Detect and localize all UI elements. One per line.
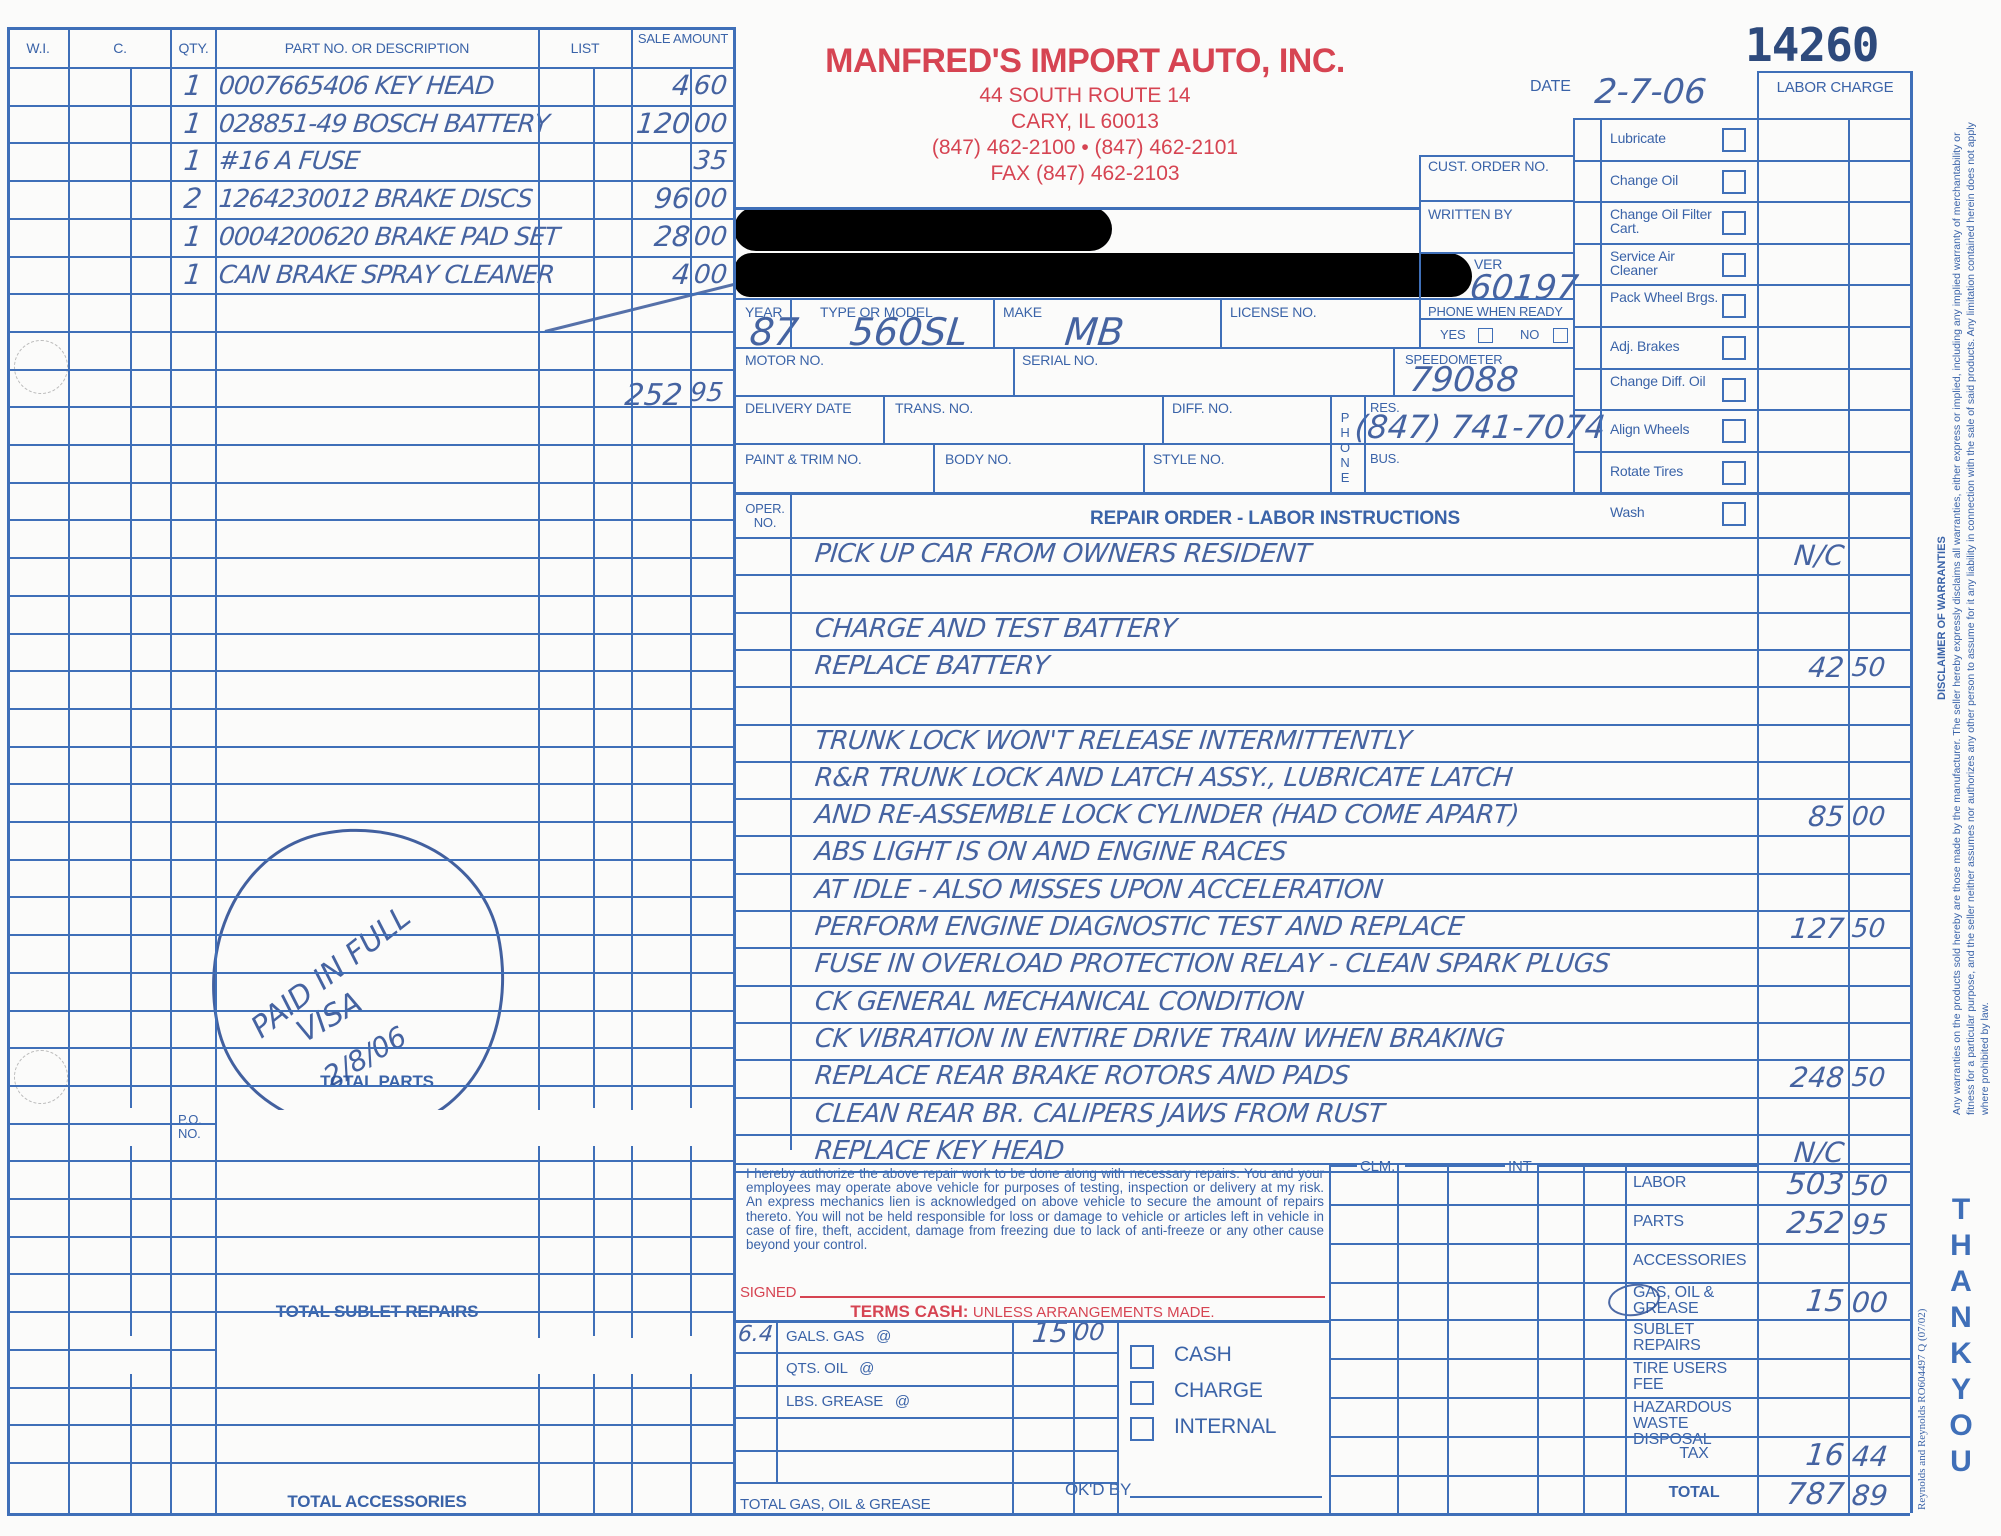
phone-ready-no-checkbox[interactable] (1553, 328, 1568, 343)
grid-row-line (7, 519, 733, 521)
po-no-label: P.O. NO. (178, 1113, 208, 1141)
grid-row-line (7, 1198, 733, 1200)
part-qty: 1 (182, 107, 203, 140)
bus-label: BUS. (1370, 451, 1400, 466)
disclaimer-text: Any warranties on the products sold here… (1950, 115, 1992, 1115)
summary-cents: 00 (1850, 1286, 1889, 1319)
grid-line (130, 67, 132, 1108)
grid-line (733, 1482, 1117, 1484)
labor-line-dollars: 127 (1760, 912, 1845, 945)
labor-row-line (733, 910, 1910, 912)
redacted-customer-address (734, 253, 1472, 297)
checklist-label: Adj. Brakes (1610, 339, 1720, 353)
labor-instructions-title: REPAIR ORDER - LABOR INSTRUCTIONS (795, 508, 1755, 530)
summary-row-line (1329, 1319, 1910, 1321)
grid-row-line (7, 1424, 733, 1426)
part-description: 0007665406 KEY HEAD (217, 71, 494, 100)
grid-row-line (7, 369, 733, 371)
grid-line (1330, 395, 1332, 492)
signature-line[interactable] (800, 1296, 1325, 1298)
part-description: CAN BRAKE SPRAY CLEANER (217, 260, 555, 289)
company-name: MANFRED'S IMPORT AUTO, INC. (790, 42, 1380, 81)
grid-row-line (7, 972, 733, 974)
col-header-wi: W.I. (8, 40, 68, 56)
grid-line (215, 27, 217, 1513)
grid-row-line (7, 1387, 733, 1389)
labor-line-dollars: 42 (1760, 651, 1845, 684)
checklist-checkbox[interactable] (1722, 336, 1746, 360)
grid-line (1397, 1165, 1399, 1513)
gas-row-label: LBS. GREASE @ (786, 1393, 910, 1410)
labor-row-line (733, 649, 1910, 651)
cust-order-box-top (1419, 155, 1573, 157)
part-sale-cents: 60 (692, 71, 728, 101)
payment-checkbox[interactable] (1130, 1381, 1154, 1405)
grid-line (790, 298, 792, 347)
grid-line (1583, 1165, 1585, 1513)
part-sale-dollars: 4 (633, 258, 691, 291)
thank-you: THANK YOU (1946, 1192, 1976, 1480)
labor-row-line (733, 612, 1910, 614)
phone-ready-label: PHONE WHEN READY (1428, 304, 1563, 319)
part-description: 028851-49 BOSCH BATTERY (217, 109, 550, 138)
part-qty: 2 (182, 182, 203, 215)
labor-line-text: REPLACE KEY HEAD (813, 1136, 1065, 1166)
part-qty: 1 (182, 69, 203, 102)
grid-line (538, 27, 540, 1513)
form-right-border (1910, 71, 1913, 1513)
summary-label: HAZARDOUS WASTE DISPOSAL (1633, 1400, 1755, 1448)
gas-qty: 6.4 (737, 1322, 775, 1347)
checklist-checkbox[interactable] (1722, 378, 1746, 402)
grid-row-line (7, 331, 733, 333)
total-accessories-label: TOTAL ACCESSORIES (217, 1492, 537, 1512)
grid-row-line (7, 406, 733, 408)
company-phones: (847) 462-2100 • (847) 462-2101 (790, 136, 1380, 160)
date-label: DATE (1530, 78, 1571, 96)
grid-line (1447, 1165, 1449, 1513)
table-top-border (7, 27, 735, 30)
checklist-checkbox[interactable] (1722, 419, 1746, 443)
label-band (217, 1338, 733, 1374)
phone-ready-yes-label: YES (1440, 327, 1465, 342)
summary-label: TIRE USERS FEE (1633, 1361, 1755, 1393)
labor-line-dollars: 85 (1760, 800, 1845, 833)
grid-line (993, 298, 995, 347)
grid-row-line (7, 821, 733, 823)
vehicle-row-line (733, 298, 1573, 300)
payment-option-label: CASH (1174, 1343, 1232, 1367)
gas-row-label: GALS. GAS @ (786, 1328, 891, 1345)
grid-row-line (7, 105, 733, 107)
checklist-row-line (1573, 451, 1910, 453)
binder-hole (14, 1050, 68, 1104)
labor-line-text: REPLACE REAR BRAKE ROTORS AND PADS (813, 1061, 1350, 1091)
labor-line-text: CK VIBRATION IN ENTIRE DRIVE TRAIN WHEN … (813, 1024, 1505, 1054)
grid-row-line (7, 1273, 733, 1275)
labor-row-line (733, 873, 1910, 875)
right-section-left (733, 207, 736, 1513)
part-sale-dollars: 4 (633, 69, 691, 102)
grid-row-line (7, 783, 733, 785)
grid-line (933, 443, 935, 492)
summary-label: ACCESSORIES (1633, 1253, 1755, 1269)
labor-row-line (733, 798, 1910, 800)
grid-line (1419, 318, 1573, 320)
disclaimer-title: DISCLAIMER OF WARRANTIES (1936, 536, 1948, 700)
grid-line (68, 27, 70, 1513)
grid-line (1625, 1165, 1627, 1513)
labor-line-text: CLEAN REAR BR. CALIPERS JAWS FROM RUST (813, 1099, 1385, 1129)
labor-row-line (733, 724, 1910, 726)
labor-line-cents: 00 (1850, 802, 1886, 832)
grid-row-line (7, 1047, 733, 1049)
form-bottom (733, 1513, 1910, 1516)
summary-row-line (1329, 1436, 1910, 1438)
checklist-left (1573, 118, 1575, 492)
labor-line-text: AND RE-ASSEMBLE LOCK CYLINDER (HAD COME … (813, 800, 1520, 830)
authorization-text: I hereby authorize the above repair work… (746, 1167, 1324, 1252)
grid-line (1537, 1165, 1757, 1167)
checklist-label: Change Diff. Oil (1610, 374, 1720, 388)
grid-line (733, 443, 1573, 445)
part-description: 1264230012 BRAKE DISCS (217, 184, 533, 213)
style-no-label: STYLE NO. (1153, 451, 1224, 467)
grid-line (1419, 155, 1421, 298)
grid-line (690, 1374, 692, 1513)
labor-row-line (733, 985, 1910, 987)
phone-vertical-label: PHONE (1338, 410, 1352, 485)
summary-label: TAX (1633, 1446, 1755, 1462)
summary-cents: 44 (1850, 1440, 1889, 1473)
grid-line (733, 1450, 1117, 1452)
grid-line (130, 1374, 132, 1513)
grid-row-line (7, 595, 733, 597)
checklist-row-line (1573, 243, 1910, 245)
written-by-label: WRITTEN BY (1428, 206, 1512, 222)
oper-no-label: OPER. NO. (740, 502, 790, 530)
labor-line-dollars: N/C (1760, 539, 1845, 572)
diff-no-label: DIFF. NO. (1172, 400, 1232, 416)
grid-line (1117, 1320, 1119, 1513)
grid-line (1013, 347, 1015, 395)
labor-line-text: PICK UP CAR FROM OWNERS RESIDENT (813, 539, 1312, 569)
labor-row-line (733, 761, 1910, 763)
grid-line (631, 27, 633, 1513)
grid-line (776, 1320, 778, 1482)
labor-line-text: R&R TRUNK LOCK AND LATCH ASSY., LUBRICAT… (813, 763, 1513, 793)
checklist-checkbox[interactable] (1722, 128, 1746, 152)
grid-row-line (7, 708, 733, 710)
grid-line (1364, 395, 1366, 492)
grid-row-line (7, 180, 733, 182)
labor-row-line (733, 1022, 1910, 1024)
checklist-row-line (1573, 284, 1910, 286)
grid-line (1600, 118, 1602, 492)
part-sale-cents: 00 (692, 109, 728, 139)
parts-subtotal-cents: 95 (688, 378, 724, 408)
summary-cents: 95 (1850, 1208, 1889, 1241)
grid-row-line (7, 256, 733, 258)
label-band (217, 1110, 733, 1146)
grid-line (1419, 252, 1573, 254)
part-qty: 1 (182, 220, 203, 253)
payment-option-label: CHARGE (1174, 1379, 1263, 1403)
printer-imprint: Reynolds and Reynolds RO604497 Q (07/02) (1916, 1309, 1928, 1510)
table-bottom-border (7, 1513, 735, 1516)
grid-line (1419, 298, 1421, 347)
res-phone-value: (847) 741-7074 (1353, 408, 1607, 446)
grid-line (690, 67, 692, 1108)
grid-line (593, 67, 595, 1108)
summary-dollars: 787 (1760, 1477, 1846, 1512)
grid-line (1537, 1165, 1539, 1513)
paint-trim-label: PAINT & TRIM NO. (745, 451, 862, 467)
summary-dollars: 15 (1760, 1284, 1846, 1319)
grid-row-line (7, 444, 733, 446)
checklist-label: Lubricate (1610, 131, 1720, 145)
grid-line (1419, 200, 1573, 202)
checklist-row-line (1573, 368, 1910, 370)
motor-label: MOTOR NO. (745, 352, 824, 368)
part-qty: 1 (182, 144, 203, 177)
grid-line (1073, 1320, 1075, 1513)
grid-row-line (7, 859, 733, 861)
labor-header-bottom (733, 537, 1910, 539)
grid-row-line (7, 218, 733, 220)
summary-cents: 50 (1850, 1169, 1889, 1202)
col-header-sale: SALE AMOUNT (633, 32, 733, 46)
signed-label: SIGNED (740, 1284, 796, 1301)
grid-line (733, 1417, 1117, 1419)
grid-line (1405, 1165, 1505, 1167)
date-value: 2-7-06 (1593, 72, 1708, 112)
grid-line (1393, 347, 1395, 395)
total-gas-oil-label: TOTAL GAS, OIL & GREASE (740, 1496, 930, 1513)
summary-row-line (1329, 1358, 1910, 1360)
summary-label: SUBLET REPAIRS (1633, 1322, 1755, 1354)
make-label: MAKE (1003, 304, 1042, 320)
form-number: 14260 (1745, 18, 1878, 72)
driver-value: 60197 (1468, 268, 1580, 308)
summary-row-line (1329, 1243, 1910, 1245)
checklist-label: Align Wheels (1610, 422, 1720, 436)
checklist-label: Change Oil (1610, 173, 1720, 187)
labor-line-dollars: 248 (1760, 1061, 1845, 1094)
company-address2: CARY, IL 60013 (790, 110, 1380, 134)
checklist-label: Rotate Tires (1610, 464, 1720, 478)
col-header-qty: QTY. (172, 40, 215, 56)
grid-row-line (7, 746, 733, 748)
grid-line (690, 1146, 692, 1336)
grid-row-line (7, 482, 733, 484)
gas-table-top (733, 1320, 1329, 1323)
oper-no-column (790, 492, 792, 1150)
labor-line-text: AT IDLE - ALSO MISSES UPON ACCELERATION (813, 875, 1384, 905)
labor-row-line (733, 1134, 1910, 1136)
part-sale-cents: 00 (692, 222, 728, 252)
grid-line (593, 1374, 595, 1513)
grid-line (130, 1146, 132, 1336)
summary-row-line (1329, 1475, 1910, 1477)
grid-row-line (7, 1085, 733, 1087)
grid-row-line (7, 1462, 733, 1464)
grid-line (593, 1146, 595, 1336)
grid-line (733, 395, 1573, 397)
repair-order-form: W.I. C. QTY. PART NO. OR DESCRIPTION LIS… (0, 0, 2001, 1536)
labor-line-text: TRUNK LOCK WON'T RELEASE INTERMITTENTLY (813, 726, 1412, 756)
labor-row-line (733, 1171, 1910, 1173)
grid-line (733, 347, 1573, 349)
part-sale-dollars: 120 (633, 107, 691, 140)
labor-line-text: CK GENERAL MECHANICAL CONDITION (813, 987, 1305, 1017)
summary-label: TOTAL (1633, 1485, 1755, 1501)
company-address1: 44 SOUTH ROUTE 14 (790, 84, 1380, 108)
grid-line (170, 27, 172, 1513)
binder-hole (14, 340, 68, 394)
cust-order-label: CUST. ORDER NO. (1428, 158, 1549, 174)
labor-row-line (733, 1097, 1910, 1099)
grid-line (733, 1385, 1117, 1387)
grid-line (883, 395, 885, 443)
grid-line (733, 1352, 1117, 1354)
redacted-customer-name (734, 207, 1112, 251)
grid-row-line (7, 1160, 733, 1162)
checklist-checkbox[interactable] (1722, 170, 1746, 194)
grid-line (1162, 395, 1164, 443)
checklist-checkbox[interactable] (1722, 253, 1746, 277)
company-fax: FAX (847) 462-2103 (790, 162, 1380, 186)
grid-row-line (7, 633, 733, 635)
labor-line-text: ABS LIGHT IS ON AND ENGINE RACES (813, 837, 1287, 867)
auth-right-border (1329, 1163, 1331, 1513)
labor-row-line (733, 835, 1910, 837)
labor-row-line (733, 686, 1910, 688)
labor-line-cents: 50 (1850, 653, 1886, 683)
summary-dollars: 16 (1760, 1438, 1846, 1473)
col-header-c: C. (70, 40, 170, 56)
col-header-list: LIST (540, 40, 630, 56)
grid-line (1329, 1165, 1357, 1167)
labor-line-text: PERFORM ENGINE DIAGNOSTIC TEST AND REPLA… (813, 912, 1465, 942)
checklist-row-line (1573, 160, 1910, 162)
checklist-checkbox[interactable] (1722, 461, 1746, 485)
labor-line-cents: 50 (1850, 914, 1886, 944)
part-sale-cents: 35 (692, 146, 728, 176)
part-sale-dollars: 28 (633, 220, 691, 253)
summary-cents: 89 (1850, 1479, 1889, 1512)
phone-ready-no-label: NO (1520, 327, 1539, 342)
grid-row-line (7, 67, 733, 69)
checklist-checkbox[interactable] (1722, 211, 1746, 235)
grid-row-line (7, 670, 733, 672)
part-description: #16 A FUSE (217, 146, 360, 175)
labor-row-line (733, 1059, 1910, 1061)
grid-row-line (7, 142, 733, 144)
labor-line-cents: 50 (1850, 1063, 1886, 1093)
grid-line (1143, 443, 1145, 492)
grid-row-line (7, 896, 733, 898)
trans-no-label: TRANS. NO. (895, 400, 973, 416)
part-sale-cents: 00 (692, 184, 728, 214)
grid-line (1220, 298, 1222, 347)
checklist-row-line (1573, 409, 1910, 411)
customer-box-top (733, 207, 1420, 210)
labor-line-text: FUSE IN OVERLOAD PROTECTION RELAY - CLEA… (813, 949, 1611, 979)
part-description: 0004200620 BRAKE PAD SET (217, 222, 560, 251)
labor-charge-left (1757, 71, 1759, 1513)
grid-line (1012, 1320, 1014, 1513)
grid-row-line (7, 1236, 733, 1238)
part-qty: 1 (182, 258, 203, 291)
speedometer-value: 79088 (1408, 360, 1520, 400)
license-label: LICENSE NO. (1230, 304, 1317, 320)
grid-row-line (7, 934, 733, 936)
phone-ready-yes-checkbox[interactable] (1478, 328, 1493, 343)
paid-note-circle (181, 801, 534, 1162)
labor-line-text: CHARGE AND TEST BATTERY (813, 614, 1177, 644)
okd-by-line[interactable] (1130, 1496, 1322, 1498)
checklist-label: Service Air Cleaner (1610, 249, 1720, 277)
checklist-label: Pack Wheel Brgs. (1610, 290, 1720, 304)
summary-row-line (1329, 1397, 1910, 1399)
summary-label: LABOR (1633, 1175, 1755, 1191)
summary-dollars: 252 (1760, 1206, 1846, 1241)
labor-row-line (733, 574, 1910, 576)
summary-row-line (1329, 1204, 1910, 1206)
payment-checkbox[interactable] (1130, 1417, 1154, 1441)
delivery-date-label: DELIVERY DATE (745, 400, 851, 416)
payment-option-label: INTERNAL (1174, 1415, 1276, 1439)
checklist-top (1573, 118, 1910, 120)
terms-bold: TERMS CASH: (850, 1302, 968, 1321)
checklist-row-line (1573, 492, 1910, 494)
checklist-row-line (1573, 326, 1910, 328)
table-left-border (7, 27, 10, 1513)
col-header-part: PART NO. OR DESCRIPTION (217, 40, 537, 56)
part-sale-dollars: 96 (633, 182, 691, 215)
labor-charge-label: LABOR CHARGE (1759, 80, 1911, 95)
grid-row-line (7, 1010, 733, 1012)
labor-line-text: REPLACE BATTERY (813, 651, 1050, 681)
labor-row-line (733, 947, 1910, 949)
grid-row-line (7, 1311, 733, 1313)
serial-label: SERIAL NO. (1022, 352, 1098, 368)
checklist-checkbox[interactable] (1722, 294, 1746, 318)
summary-row-line (1329, 1282, 1910, 1284)
grid-row-line (7, 557, 733, 559)
body-no-label: BODY NO. (945, 451, 1012, 467)
checklist-label: Change Oil Filter Cart. (1610, 207, 1720, 235)
grid-row-line (7, 293, 733, 295)
gas-row-label: QTS. OIL @ (786, 1360, 874, 1377)
checklist-row-line (1573, 201, 1910, 203)
payment-checkbox[interactable] (1130, 1345, 1154, 1369)
summary-label: PARTS (1633, 1214, 1755, 1230)
